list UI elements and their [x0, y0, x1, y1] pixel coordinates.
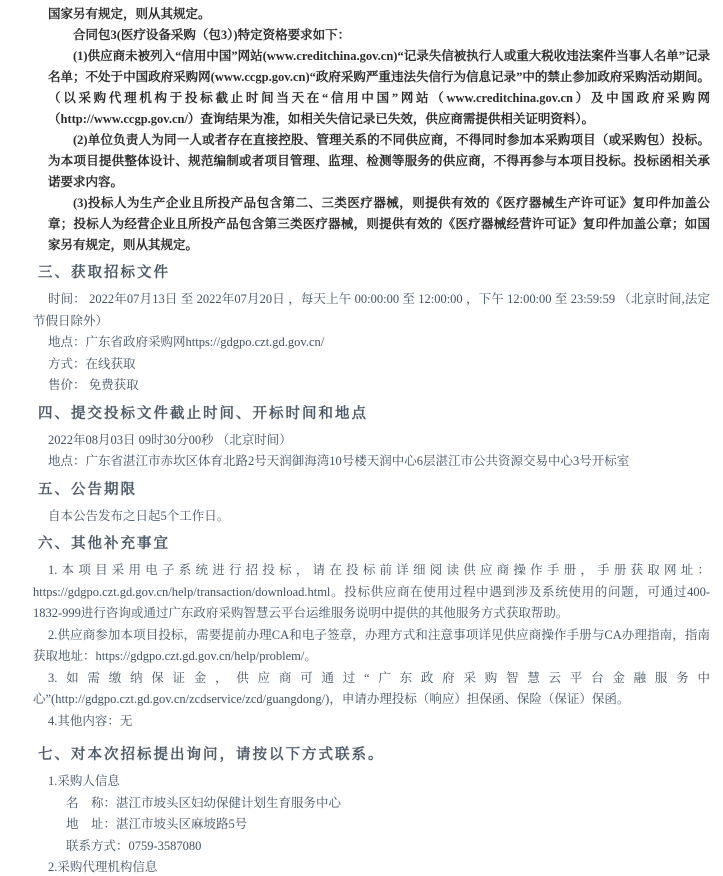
section-heading-4: 四、提交投标文件截止时间、开标时间和地点: [38, 405, 710, 424]
intro-paragraph: 国家另有规定，则从其规定。: [48, 4, 710, 25]
purchaser-contact-line: 联系方式：0759-3587080: [66, 836, 710, 858]
section-obtain-bid-documents: 三、获取招标文件 时间： 2022年07月13日 至 2022年07月20日 ，…: [33, 264, 710, 397]
section-announcement-period: 五、公告期限 自本公告发布之日起5个工作日。: [33, 481, 710, 528]
section-heading-6: 六、其他补充事宜: [38, 535, 710, 554]
agency-info-label: 2.采购代理机构信息: [33, 857, 710, 876]
bid-doc-location-line: 地点：广东省政府采购网https://gdgpo.czt.gd.gov.cn/: [33, 332, 710, 354]
bid-doc-method-line: 方式：在线获取: [33, 354, 710, 376]
intro-paragraph: (1)供应商未被列入“信用中国”网站(www.creditchina.gov.c…: [48, 46, 710, 130]
purchaser-name-line: 名 称：湛江市坡头区妇幼保健计划生育服务中心: [66, 793, 710, 815]
qualification-requirements-block: 国家另有规定，则从其规定。 合同包3(医疗设备采购（包3）)特定资格要求如下： …: [33, 4, 710, 256]
section-heading-3: 三、获取招标文件: [38, 264, 710, 283]
bid-doc-price-line: 售价： 免费获取: [33, 375, 710, 397]
section-heading-7: 七、对本次招标提出询问，请按以下方式联系。: [38, 746, 710, 765]
announcement-period-line: 自本公告发布之日起5个工作日。: [33, 506, 710, 528]
section-submission-deadline: 四、提交投标文件截止时间、开标时间和地点 2022年08月03日 09时30分0…: [33, 405, 710, 473]
other-matters-item: 1.本项目采用电子系统进行招投标，请在投标前详细阅读供应商操作手册，手册获取网址…: [33, 560, 710, 625]
other-matters-item: 2.供应商参加本项目投标，需要提前办理CA和电子签章，办理方式和注意事项详见供应…: [33, 625, 710, 668]
intro-paragraph: (2)单位负责人为同一人或者存在直接控股、管理关系的不同供应商，不得同时参加本采…: [48, 130, 710, 193]
section-other-matters: 六、其他补充事宜 1.本项目采用电子系统进行招投标，请在投标前详细阅读供应商操作…: [33, 535, 710, 732]
submission-deadline-line: 2022年08月03日 09时30分00秒 （北京时间）: [33, 430, 710, 452]
section-heading-5: 五、公告期限: [38, 481, 710, 500]
purchaser-info-label: 1.采购人信息: [33, 771, 710, 793]
intro-paragraph: (3)投标人为生产企业且所投产品包含第二、三类医疗器械，则提供有效的《医疗器械生…: [48, 193, 710, 256]
other-matters-item: 4.其他内容：无: [33, 711, 710, 733]
section-contact-info: 七、对本次招标提出询问，请按以下方式联系。 1.采购人信息 名 称：湛江市坡头区…: [33, 746, 710, 876]
tender-notice-document: 国家另有规定，则从其规定。 合同包3(医疗设备采购（包3）)特定资格要求如下： …: [0, 0, 723, 876]
other-matters-item: 3.如需缴纳保证金，供应商可通过“广东政府采购智慧云平台金融服务中心”(http…: [33, 668, 710, 711]
bid-doc-time-line: 时间： 2022年07月13日 至 2022年07月20日 ，每天上午 00:0…: [33, 289, 710, 332]
intro-paragraph: 合同包3(医疗设备采购（包3）)特定资格要求如下：: [48, 25, 710, 46]
purchaser-address-line: 地 址：湛江市坡头区麻坡路5号: [66, 814, 710, 836]
opening-location-line: 地点：广东省湛江市赤坎区体育北路2号天润御海湾10号楼天润中心6层湛江市公共资源…: [33, 451, 710, 473]
